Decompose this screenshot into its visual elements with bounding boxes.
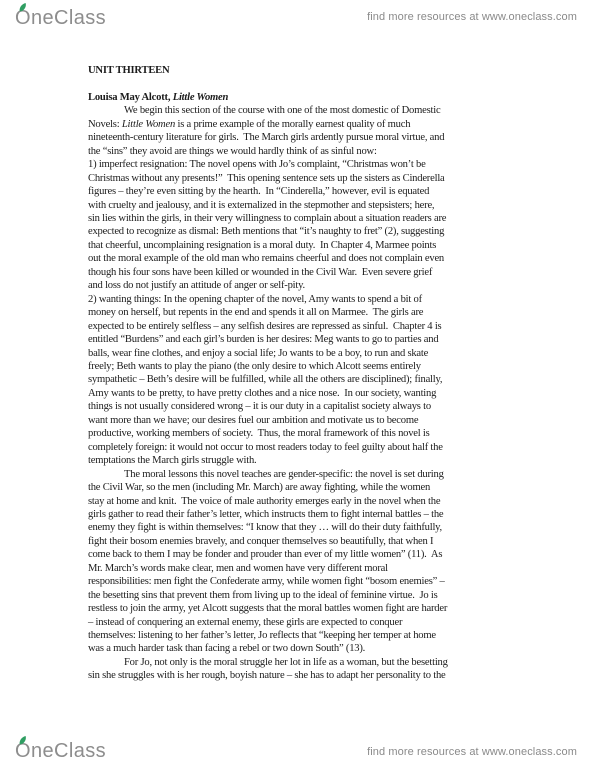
text-line: though his four sons have been killed or… xyxy=(88,266,538,279)
text-line: enemy they fight is within themselves: “… xyxy=(88,521,538,534)
text-line: responsibilities: men fight the Confeder… xyxy=(88,575,538,588)
text-line: Louisa May Alcott, Little Women xyxy=(88,91,538,104)
text-line: the “sins” they avoid are things we woul… xyxy=(88,145,538,158)
text-line: Mr. March’s words make clear, men and wo… xyxy=(88,562,538,575)
text-line: entitled “Burdens” and each girl’s burde… xyxy=(88,333,538,346)
text-line: the besetting sins that prevent them fro… xyxy=(88,589,538,602)
footer-note: find more resources at www.oneclass.com xyxy=(367,746,577,758)
text-line: stay at home and knit. The voice of male… xyxy=(88,495,538,508)
text-line: – instead of conquering an external enem… xyxy=(88,616,538,629)
text-line: come back to them I may be fonder and pr… xyxy=(88,548,538,561)
leaf-icon xyxy=(18,2,30,13)
document-page: OneClass find more resources at www.onec… xyxy=(0,0,595,770)
text-line: and loss do not justify an attitude of a… xyxy=(88,279,538,292)
text-line: out the moral example of the old man who… xyxy=(88,252,538,265)
text-line: UNIT THIRTEEN xyxy=(88,64,538,77)
text-line: For Jo, not only is the moral struggle h… xyxy=(88,656,538,669)
text-line: girls gather to read their father’s lett… xyxy=(88,508,538,521)
text-line: Amy wants to be pretty, to have pretty c… xyxy=(88,387,538,400)
leaf-icon xyxy=(18,735,30,746)
text-line: the Civil War, so the men (including Mr.… xyxy=(88,481,538,494)
header-note: find more resources at www.oneclass.com xyxy=(367,11,577,23)
text-line: nineteenth-century literature for girls.… xyxy=(88,131,538,144)
text-line: productive, working members of society. … xyxy=(88,427,538,440)
text-line: expected to recognize as dismal: Beth me… xyxy=(88,225,538,238)
text-line: things is not usually considered wrong –… xyxy=(88,400,538,413)
text-line: completely foreign: it would not occur t… xyxy=(88,441,538,454)
text-line: Christmas without any presents!” This op… xyxy=(88,172,538,185)
text-line: money on herself, but repents in the end… xyxy=(88,306,538,319)
text-line: Novels: Little Women is a prime example … xyxy=(88,118,538,131)
oneclass-logo-header: OneClass xyxy=(15,7,106,30)
text-line: 1) imperfect resignation: The novel open… xyxy=(88,158,538,171)
text-line: The moral lessons this novel teaches are… xyxy=(88,468,538,481)
text-line: balls, wear fine clothes, and enjoy a so… xyxy=(88,347,538,360)
text-line: 2) wanting things: In the opening chapte… xyxy=(88,293,538,306)
text-line: sin lies within the girls, in their very… xyxy=(88,212,538,225)
text-line: sympathetic – Beth’s desire will be fulf… xyxy=(88,373,538,386)
text-line: was a much harder task than facing a reb… xyxy=(88,642,538,655)
text-line: temptations the March girls struggle wit… xyxy=(88,454,538,467)
text-line: sin she struggles with is her rough, boy… xyxy=(88,669,538,682)
text-line: restless to join the army, yet Alcott su… xyxy=(88,602,538,615)
text-line: figures – they’re even sitting by the he… xyxy=(88,185,538,198)
text-line: expected to be entirely selfless – any s… xyxy=(88,320,538,333)
oneclass-logo-footer: OneClass xyxy=(15,740,106,763)
document-text: UNIT THIRTEEN Louisa May Alcott, Little … xyxy=(88,64,538,683)
text-line: that cheerful, uncomplaining resignation… xyxy=(88,239,538,252)
text-line: fight their bosom enemies bravely, and c… xyxy=(88,535,538,548)
text-line: want more than we have; our desires fuel… xyxy=(88,414,538,427)
text-line xyxy=(88,77,538,90)
text-line: freely; Beth wants to play the piano (th… xyxy=(88,360,538,373)
text-line: themselves: listening to her father’s le… xyxy=(88,629,538,642)
text-line: We begin this section of the course with… xyxy=(88,104,538,117)
text-line: with cruelty and jealousy, and it is ext… xyxy=(88,199,538,212)
